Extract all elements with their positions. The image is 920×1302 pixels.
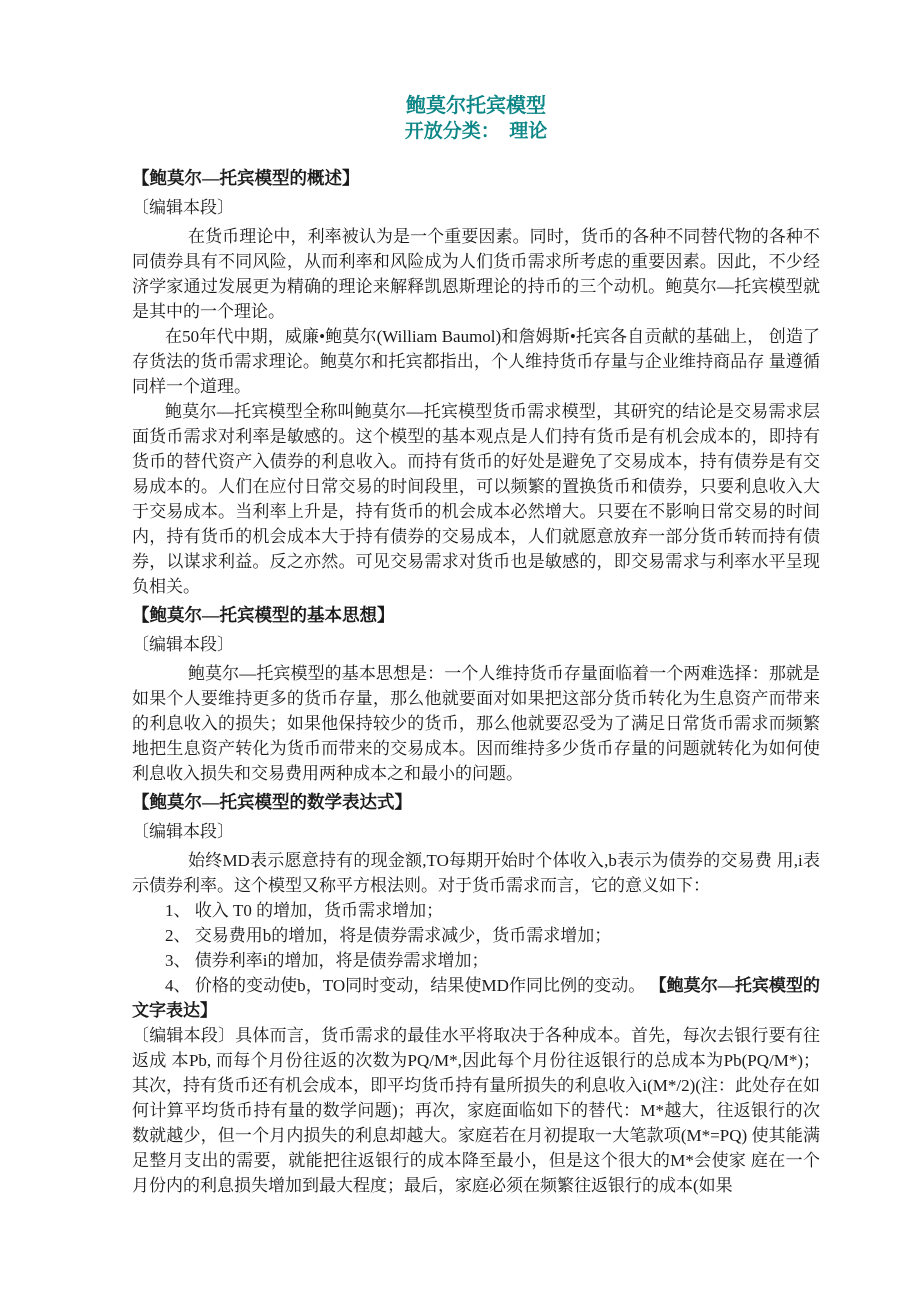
section-heading: 【鲍莫尔—托宾模型的概述】 (132, 166, 820, 191)
list-item: 4、 价格的变动使b，TO同时变动，结果使MD作同比例的变动。 【鲍莫尔—托宾模… (132, 973, 820, 1023)
list-item-text: 4、 价格的变动使b，TO同时变动，结果使MD作同比例的变动。 (165, 976, 650, 995)
paragraph: 鲍莫尔—托宾模型的基本思想是：一个人维持货币存量面临着一个两难选择：那就是如果个… (132, 661, 820, 786)
page-subtitle: 开放分类： 理论 (132, 119, 820, 144)
paragraph: 鲍莫尔—托宾模型全称叫鲍莫尔—托宾模型货币需求模型，其研究的结论是交易需求层面货… (132, 399, 820, 599)
section-heading: 【鲍莫尔—托宾模型的基本思想】 (132, 603, 820, 628)
edit-section-label: 〔编辑本段〕 (132, 195, 820, 220)
paragraph: 在货币理论中，利率被认为是一个重要因素。同时，货币的各种不同替代物的各种不同债券… (132, 224, 820, 324)
paragraph: 始终MD表示愿意持有的现金额,TO每期开始时个体收入,b表示为债券的交易费 用,… (132, 848, 820, 898)
page-title: 鲍莫尔托宾模型 (132, 94, 820, 119)
list-item: 2、 交易费用b的增加，将是债券需求减少，货币需求增加； (132, 923, 820, 948)
paragraph: 在50年代中期，威廉•鲍莫尔(William Baumol)和詹姆斯•托宾各自贡… (132, 324, 820, 399)
document-page: 鲍莫尔托宾模型 开放分类： 理论 【鲍莫尔—托宾模型的概述】〔编辑本段〕在货币理… (0, 0, 920, 1302)
list-item: 1、 收入 T0 的增加，货币需求增加； (132, 898, 820, 923)
section-heading: 【鲍莫尔—托宾模型的数学表达式】 (132, 790, 820, 815)
edit-section-label: 〔编辑本段〕 (132, 632, 820, 657)
paragraph: 〔编辑本段〕具体而言，货币需求的最佳水平将取决于各种成本。首先，每次去银行要有往… (132, 1023, 820, 1198)
document-body: 【鲍莫尔—托宾模型的概述】〔编辑本段〕在货币理论中，利率被认为是一个重要因素。同… (132, 166, 820, 1198)
list-item: 3、 债券利率i的增加，将是债券需求增加； (132, 948, 820, 973)
edit-section-label: 〔编辑本段〕 (132, 819, 820, 844)
